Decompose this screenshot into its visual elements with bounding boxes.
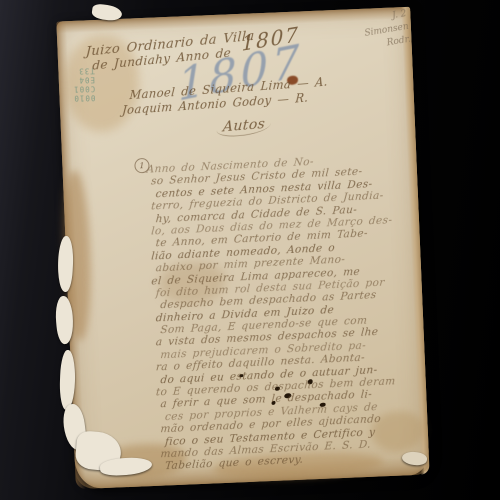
stamp-line: C001 [73,84,95,94]
stamp-line: E04 [73,75,95,85]
autos-title-text: Autos [216,116,272,138]
stamp-line: 0010 [73,93,95,103]
photo-background: 0010 C001 E04 T33 J. 2 Simonsen Rodr. Ju… [0,0,500,500]
manuscript-page: 0010 C001 E04 T33 J. 2 Simonsen Rodr. Ju… [56,7,429,489]
autos-title: Autos [216,116,272,136]
body-text: Anno do Nascimento de No-so Senhor Jesus… [146,153,409,473]
